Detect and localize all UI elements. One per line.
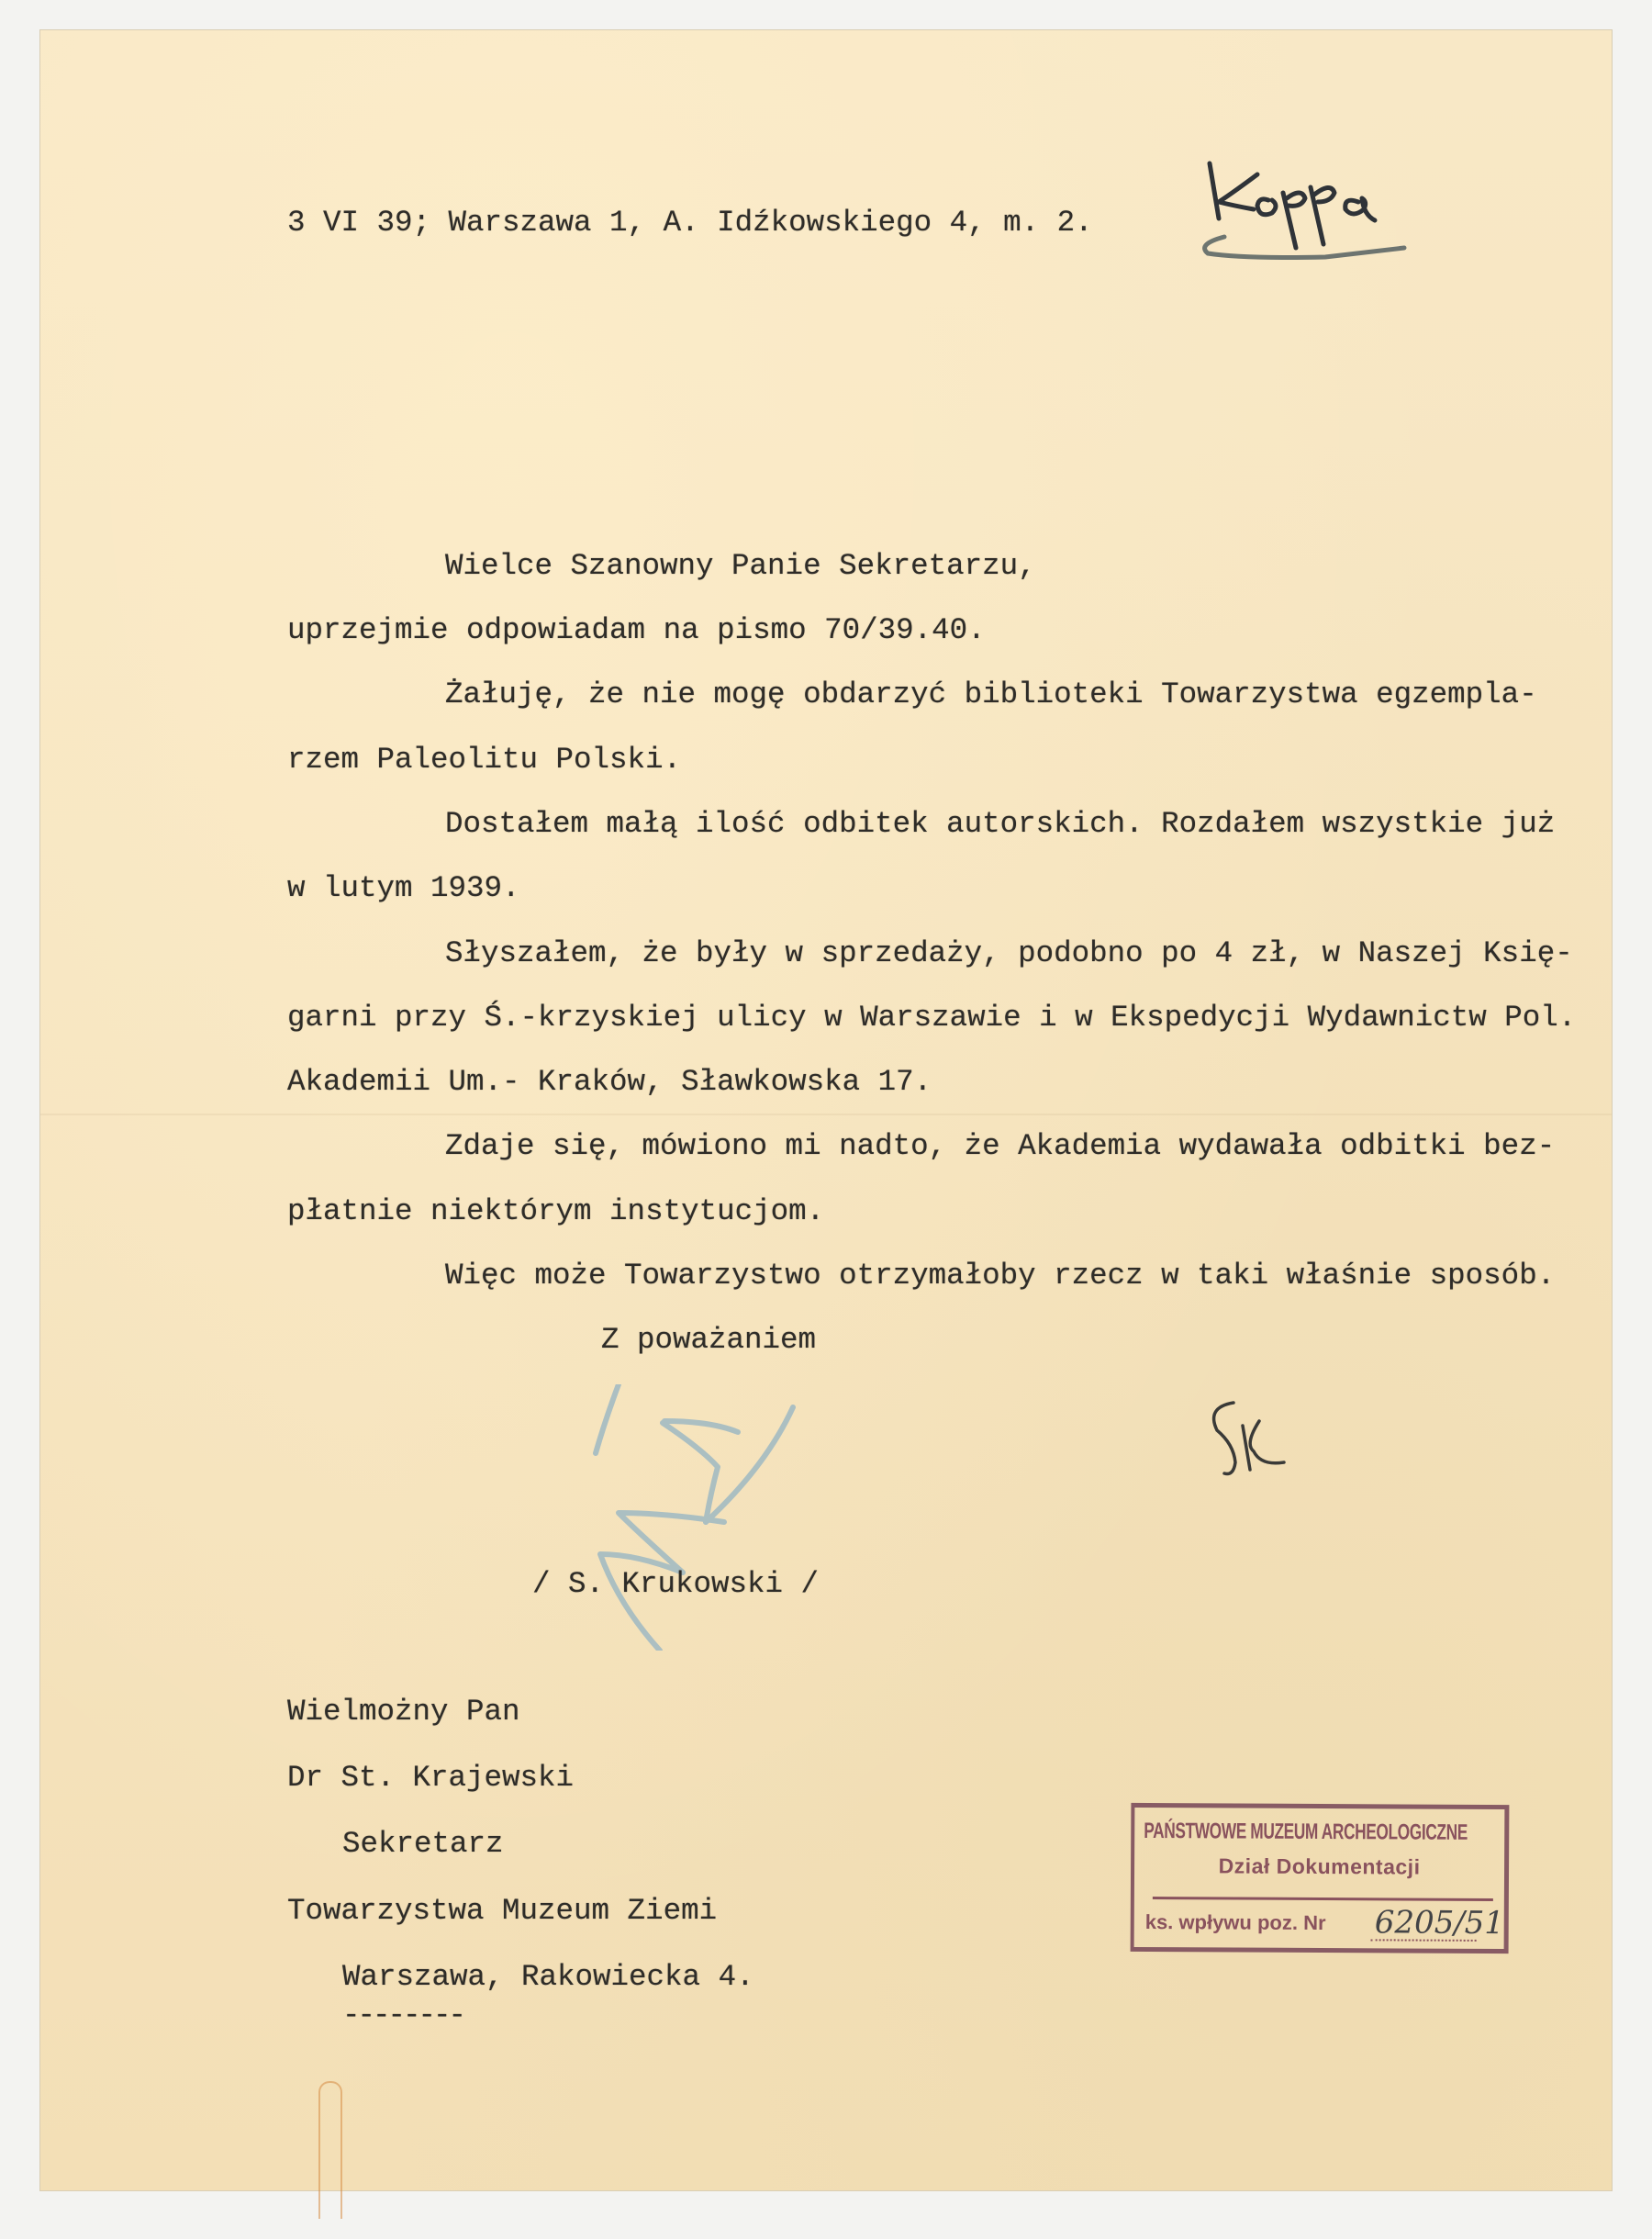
body-line: Dostałem małą ilość odbitek autorskich. …: [445, 810, 1555, 840]
handwritten-kopja-annotation: [1188, 145, 1426, 264]
closing: Z poważaniem: [601, 1326, 816, 1356]
body-line: rzem Paleolitu Polski.: [287, 745, 681, 776]
salutation: Wielce Szanowny Panie Sekretarzu,: [445, 552, 1036, 582]
paper-fold: [40, 1114, 1612, 1115]
addressee-title: Sekretarz: [342, 1830, 504, 1860]
body-line: Akademii Um.- Kraków, Sławkowska 17.: [287, 1068, 932, 1098]
body-line: uprzejmie odpowiadam na pismo 70/39.40.: [287, 616, 986, 646]
rust-stain: [318, 2081, 342, 2219]
body-line: Żałuję, że nie mogę obdarzyć biblioteki …: [445, 680, 1537, 711]
letter-page: 3 VI 39; Warszawa 1, A. Idźkowskiego 4, …: [40, 30, 1612, 2190]
addressee-address: Warszawa, Rakowiecka 4.: [342, 1963, 754, 1993]
handwritten-initials-sk: [1197, 1398, 1316, 1499]
body-line: garni przy Ś.-krzyskiej ulicy w Warszawi…: [287, 1003, 1576, 1034]
body-line: Słyszałem, że były w sprzedaży, podobno …: [445, 939, 1573, 969]
body-line: Zdaje się, mówiono mi nadto, że Akademia…: [445, 1132, 1555, 1162]
stamp-entry-label: ks. wpływu poz. Nr: [1145, 1910, 1326, 1935]
dateline: 3 VI 39; Warszawa 1, A. Idźkowskiego 4, …: [287, 208, 1093, 239]
body-line: Więc może Towarzystwo otrzymałoby rzecz …: [445, 1261, 1555, 1292]
body-line: płatnie niektórym instytucjom.: [287, 1197, 824, 1227]
blue-pencil-mark: [554, 1384, 848, 1651]
addressee-organization: Towarzystwa Muzeum Ziemi: [287, 1897, 717, 1927]
typed-signature: / S. Krukowski /: [532, 1570, 819, 1600]
stamp-entry-number: 6205/51: [1375, 1904, 1504, 1942]
stamp-divider: [1153, 1897, 1493, 1901]
stamp-dotted-line: [1371, 1939, 1477, 1942]
stamp-museum-name: PAŃSTWOWE MUZEUM ARCHEOLOGICZNE: [1144, 1819, 1497, 1846]
archive-stamp: PAŃSTWOWE MUZEUM ARCHEOLOGICZNE Dział Do…: [1131, 1803, 1510, 1954]
addressee-line: Wielmożny Pan: [287, 1697, 520, 1728]
addressee-name: Dr St. Krajewski: [287, 1763, 574, 1794]
body-line: w lutym 1939.: [287, 874, 520, 904]
address-underline: --------: [342, 2001, 463, 2032]
stamp-department: Dział Dokumentacji: [1134, 1853, 1504, 1880]
